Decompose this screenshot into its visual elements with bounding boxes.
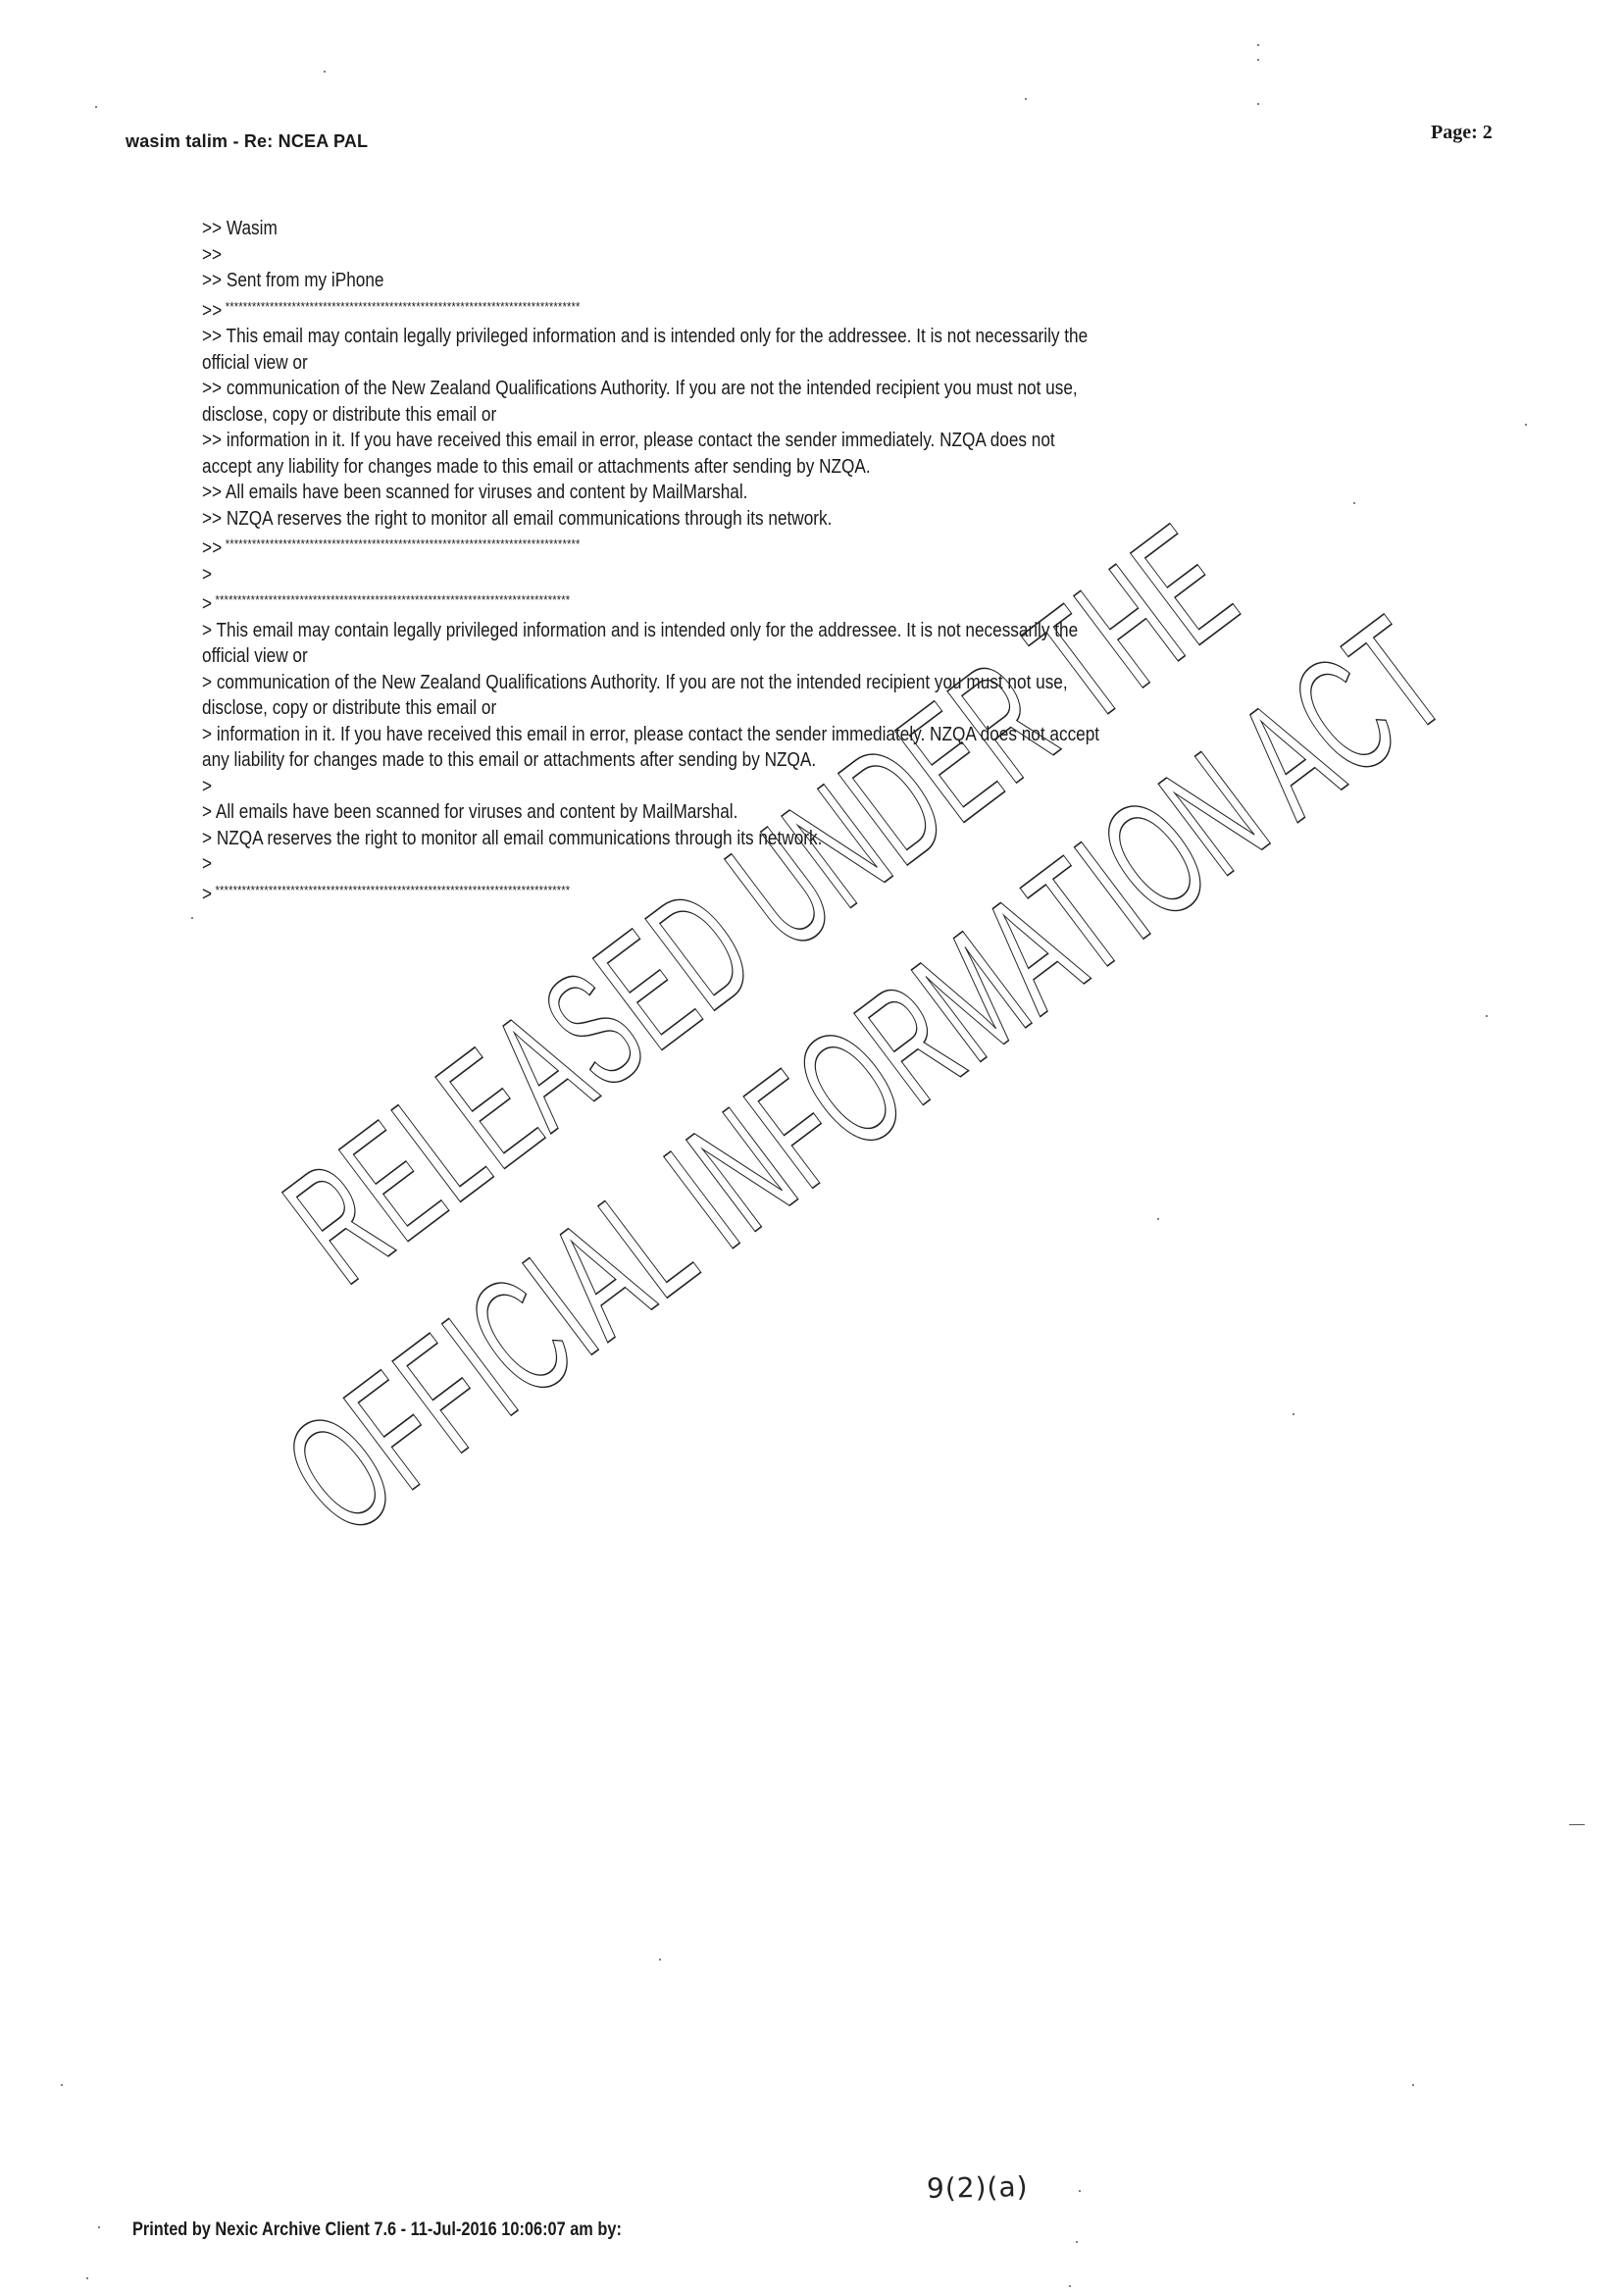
- quote-marker: >: [202, 593, 212, 615]
- email-line: >> All emails have been scanned for viru…: [202, 480, 1379, 506]
- email-subject-header: wasim talim - Re: NCEA PAL: [126, 131, 368, 152]
- print-footer: Printed by Nexic Archive Client 7.6 - 11…: [132, 2219, 622, 2241]
- scan-speck: [1025, 98, 1027, 100]
- asterisk-rule: ****************************************…: [226, 536, 581, 551]
- email-line: accept any liability for changes made to…: [202, 454, 1379, 481]
- redaction-annotation: 9(2)(a): [927, 2170, 1029, 2205]
- page-number: Page: 2: [1431, 122, 1493, 144]
- scan-speck: [1353, 502, 1355, 504]
- scan-speck: [61, 2084, 63, 2086]
- email-line: >> information in it. If you have receiv…: [202, 428, 1379, 454]
- email-line: official view or: [202, 643, 1379, 670]
- asterisk-rule: ****************************************…: [216, 592, 571, 607]
- scan-speck: [1076, 2241, 1078, 2243]
- email-line: > NZQA reserves the right to monitor all…: [202, 826, 1379, 852]
- scan-speck: [1257, 59, 1259, 61]
- scan-speck: [95, 106, 97, 108]
- separator-line: > **************************************…: [202, 587, 1379, 618]
- separator-line: >> *************************************…: [202, 532, 1379, 562]
- email-line: >> NZQA reserves the right to monitor al…: [202, 506, 1379, 533]
- email-line: > communication of the New Zealand Quali…: [202, 670, 1379, 696]
- quote-marker: >: [202, 884, 212, 905]
- scan-speck: [1412, 2084, 1414, 2086]
- scan-speck: [1157, 1218, 1159, 1220]
- email-line: any liability for changes made to this e…: [202, 747, 1379, 774]
- asterisk-rule: ****************************************…: [216, 883, 571, 897]
- email-line: >: [202, 562, 1379, 588]
- email-line: disclose, copy or distribute this email …: [202, 402, 1379, 429]
- email-line: > This email may contain legally privile…: [202, 618, 1379, 644]
- separator-line: >> *************************************…: [202, 294, 1379, 325]
- scan-speck: [1293, 1413, 1294, 1415]
- quote-marker: >>: [202, 537, 222, 559]
- separator-line: > **************************************…: [202, 878, 1379, 908]
- email-line: >: [202, 851, 1379, 878]
- email-line: >> This email may contain legally privil…: [202, 324, 1379, 350]
- scan-speck: [191, 917, 193, 919]
- scan-speck: [1486, 1015, 1488, 1017]
- email-line: >> Sent from my iPhone: [202, 268, 1379, 294]
- scan-speck: [659, 1959, 661, 1961]
- asterisk-rule: ****************************************…: [226, 299, 581, 314]
- email-line: >: [202, 774, 1379, 800]
- scan-speck: [98, 2226, 100, 2228]
- email-line: disclose, copy or distribute this email …: [202, 695, 1379, 722]
- email-line: >>: [202, 242, 1379, 269]
- scan-speck: [1257, 44, 1259, 46]
- quote-marker: >>: [202, 300, 222, 322]
- scan-speck: [1079, 2190, 1081, 2192]
- scan-speck: [86, 2277, 88, 2279]
- email-line: > information in it. If you have receive…: [202, 722, 1379, 748]
- email-line: >> Wasim: [202, 216, 1379, 242]
- scan-speck: [1069, 2285, 1071, 2287]
- email-line: >> communication of the New Zealand Qual…: [202, 376, 1379, 402]
- scan-speck: [1569, 1824, 1585, 1825]
- scan-speck: [324, 71, 326, 73]
- scan-speck: [1257, 103, 1259, 105]
- email-line: official view or: [202, 350, 1379, 377]
- email-line: > All emails have been scanned for virus…: [202, 799, 1379, 826]
- scan-speck: [1525, 424, 1527, 426]
- email-body: >> Wasim>>>> Sent from my iPhone>> *****…: [202, 216, 1379, 907]
